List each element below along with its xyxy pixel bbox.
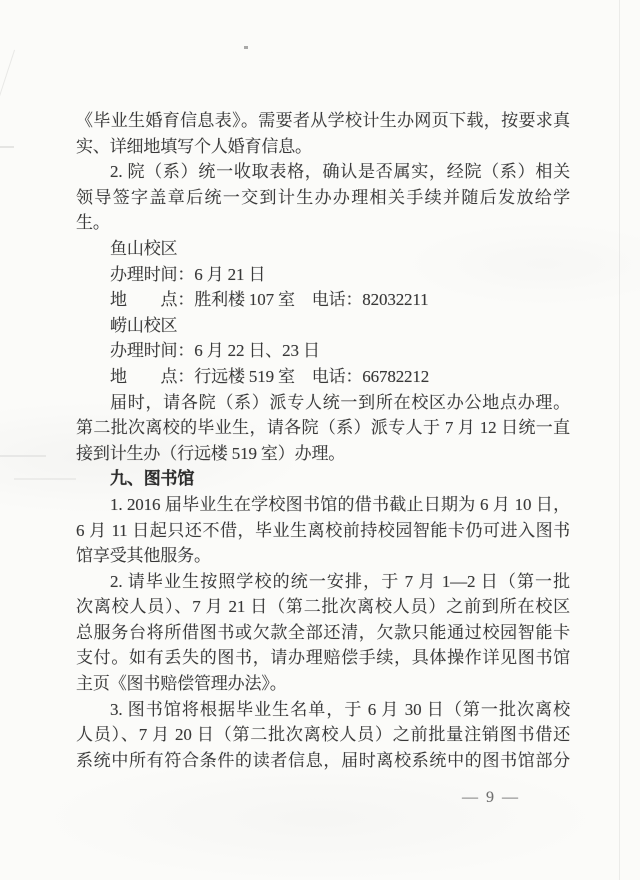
scan-smudge-artifact <box>0 455 46 457</box>
text-line: 总服务台将所借图书或欠款全部还清，欠款只能通过校园智能卡 <box>76 620 570 646</box>
scan-smudge-artifact <box>14 478 76 480</box>
text-line: 《毕业生婚育信息表》。需要者从学校计生办网页下载，按要求真 <box>76 108 570 134</box>
text-line: 地 点：胜利楼 107 室 电话：82032211 <box>76 287 570 313</box>
text-line: 2. 请毕业生按照学校的统一安排，于 7 月 1—2 日（第一批 <box>76 569 570 595</box>
text-line: 人员）、7 月 20 日（第二批次离校人员）之前批量注销图书借还 <box>76 722 570 748</box>
section-heading: 九、图书馆 <box>76 466 570 492</box>
scan-edge-mark-artifact <box>0 146 14 148</box>
scan-vertical-line-artifact <box>619 0 620 880</box>
scanned-notice-page: 《毕业生婚育信息表》。需要者从学校计生办网页下载，按要求真实、详细地填写个人婚育… <box>0 0 640 880</box>
text-line: 3. 图书馆将根据毕业生名单，于 6 月 30 日（第一批次离校 <box>76 697 570 723</box>
text-line: 届时，请各院（系）派专人统一到所在校区办公地点办理。 <box>76 390 570 416</box>
text-line: 实、详细地填写个人婚育信息。 <box>76 134 570 160</box>
scan-speck-artifact <box>244 46 248 49</box>
text-line: 2. 院（系）统一收取表格，确认是否属实，经院（系）相关 <box>76 159 570 185</box>
document-text-block: 《毕业生婚育信息表》。需要者从学校计生办网页下载，按要求真实、详细地填写个人婚育… <box>76 108 570 773</box>
text-line: 办理时间：6 月 22 日、23 日 <box>76 338 570 364</box>
text-line: 馆享受其他服务。 <box>76 543 570 569</box>
text-line: 领导签字盖章后统一交到计生办办理相关手续并随后发放给学 <box>76 185 570 211</box>
text-line: 6 月 11 日起只还不借，毕业生离校前持校园智能卡仍可进入图书 <box>76 518 570 544</box>
text-line: 生。 <box>76 210 570 236</box>
text-line: 第二批次离校的毕业生，请各院（系）派专人于 7 月 12 日统一直 <box>76 415 570 441</box>
text-line: 次离校人员）、7 月 21 日（第二批次离校人员）之前到所在校区 <box>76 594 570 620</box>
text-line: 地 点：行远楼 519 室 电话：66782212 <box>76 364 570 390</box>
page-number: — 9 — <box>462 789 520 807</box>
text-line: 鱼山校区 <box>76 236 570 262</box>
text-line: 支付。如有丢失的图书，请办理赔偿手续，具体操作详见图书馆 <box>76 645 570 671</box>
text-line: 办理时间：6 月 21 日 <box>76 262 570 288</box>
scan-diagonal-line-artifact <box>0 50 15 124</box>
text-line: 崂山校区 <box>76 313 570 339</box>
text-line: 1. 2016 届毕业生在学校图书馆的借书截止日期为 6 月 10 日， <box>76 492 570 518</box>
text-line: 系统中所有符合条件的读者信息，届时离校系统中的图书馆部分 <box>76 748 570 774</box>
text-line: 接到计生办（行远楼 519 室）办理。 <box>76 441 570 467</box>
text-line: 主页《图书赔偿管理办法》。 <box>76 671 570 697</box>
